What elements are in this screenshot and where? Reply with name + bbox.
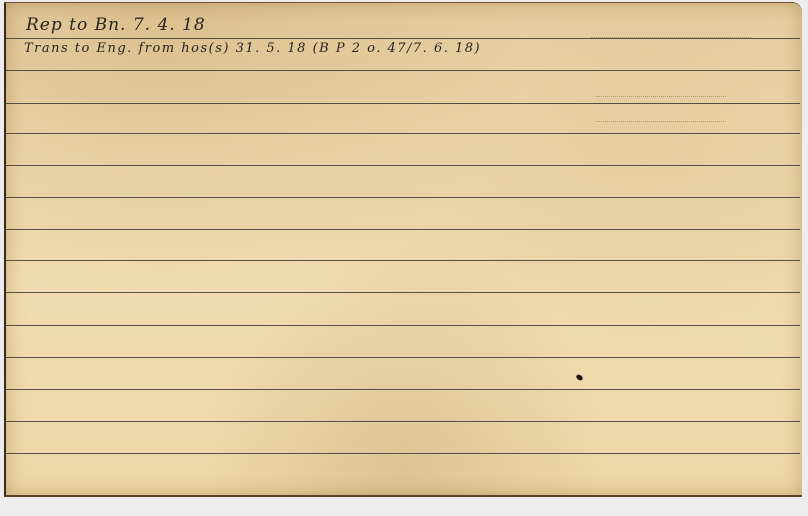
ruled-line <box>6 421 800 422</box>
ruled-line <box>6 38 800 39</box>
record-card: Rep to Bn. 7. 4. 18 Trans to Eng. from h… <box>4 2 802 497</box>
ruled-line <box>6 357 800 358</box>
faint-dotted-guide <box>591 37 751 38</box>
ruled-line <box>6 325 800 326</box>
ink-blot <box>575 373 584 381</box>
ruled-line <box>6 133 800 134</box>
ruled-line <box>6 165 800 166</box>
ruled-line <box>6 197 800 198</box>
faint-dotted-guide <box>596 96 726 97</box>
ruled-line <box>6 453 800 454</box>
handwritten-entry-1: Rep to Bn. 7. 4. 18 <box>26 15 206 35</box>
handwritten-entry-2: Trans to Eng. from hos(s) 31. 5. 18 (B P… <box>24 41 481 56</box>
ruled-line <box>6 229 800 230</box>
ruled-line <box>6 103 800 104</box>
ruled-line <box>6 389 800 390</box>
ruled-line <box>6 292 800 293</box>
faint-dotted-guide <box>596 121 726 122</box>
ruled-line <box>6 260 800 261</box>
faint-dotted-guide <box>601 70 726 71</box>
